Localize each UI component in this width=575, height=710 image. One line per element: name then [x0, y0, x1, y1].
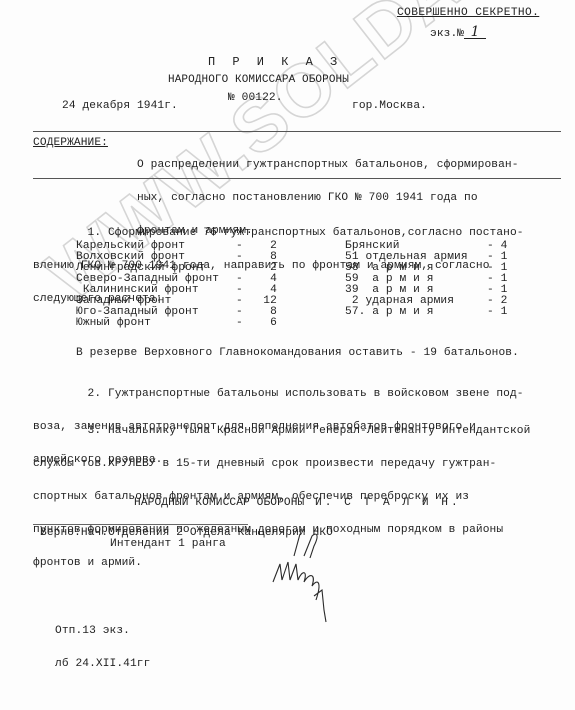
- divider-bottom: [33, 178, 561, 179]
- distribution-note: Отп.13 экз. лб 24.XII.41гг: [55, 604, 150, 692]
- signatory-name: И. С Т А Л И Н.: [315, 498, 461, 509]
- order-city: гор.Москва.: [352, 101, 427, 112]
- allocation-right-counts: - 4- 1- 1- 1- 1- 2- 1: [487, 241, 507, 318]
- copy-number-value: 1: [464, 26, 486, 39]
- content-label: СОДЕРЖАНИЕ:: [33, 138, 108, 149]
- paragraph-line: 1. Сформирование 76 гужтранспортных бата…: [33, 228, 524, 239]
- classification-stamp: СОВЕРШЕННО СЕКРЕТНО.: [397, 8, 539, 19]
- document-subtitle: НАРОДНОГО КОМИССАРА ОБОРОНЫ: [168, 75, 349, 86]
- handwritten-signature: [270, 560, 340, 630]
- document-title: П Р И К А З: [208, 57, 342, 68]
- paragraph-line: службы тов.ХРУЛЕВУ в 15-ти дневный срок …: [33, 459, 530, 470]
- paragraph-line: 2. Гужтранспортные батальоны использоват…: [33, 389, 524, 400]
- allocation-count: - 6: [236, 318, 277, 329]
- copy-label: экз.№: [430, 28, 464, 40]
- order-date: 24 декабря 1941г.: [62, 101, 178, 112]
- order-number: № 00122.: [228, 93, 283, 104]
- allocation-left-counts: - 2- 8- 2- 4- 4- 12- 8- 6: [236, 241, 277, 329]
- paragraph-line: 3. Начальнику Тыла Красной Армии Генерал…: [33, 426, 530, 437]
- handwritten-initials: [290, 530, 330, 560]
- document-page: WWW.SOLDAT.RU СОВЕРШЕННО СЕКРЕТНО. экз.№…: [0, 0, 575, 710]
- verification-rank: Интендант 1 ранга: [110, 539, 226, 550]
- distribution-date: лб 24.XII.41гг: [55, 659, 150, 670]
- allocation-right-units: Брянский51 отдельная армия58 а р м и я59…: [345, 241, 468, 318]
- allocation-unit: Южный фронт: [76, 318, 219, 329]
- allocation-unit: 57. а р м и я: [345, 307, 468, 318]
- signatory-position: НАРОДНЫЙ КОМИССАР ОБОРОНЫ: [134, 498, 304, 509]
- distribution-copies: Отп.13 экз.: [55, 626, 150, 637]
- allocation-count: - 1: [487, 307, 507, 318]
- allocation-left-units: Карельский фронтВолховский фронтЛенингра…: [76, 241, 219, 329]
- content-line: О распределении гужтранспортных батальон…: [137, 160, 519, 171]
- copy-number: экз.№1: [430, 26, 486, 40]
- content-line: ных, согласно постановлению ГКО № 700 19…: [137, 193, 519, 204]
- divider-verification: [33, 524, 248, 525]
- divider-top: [33, 131, 561, 132]
- reserve-line: В резерве Верховного Главнокомандования …: [76, 348, 519, 359]
